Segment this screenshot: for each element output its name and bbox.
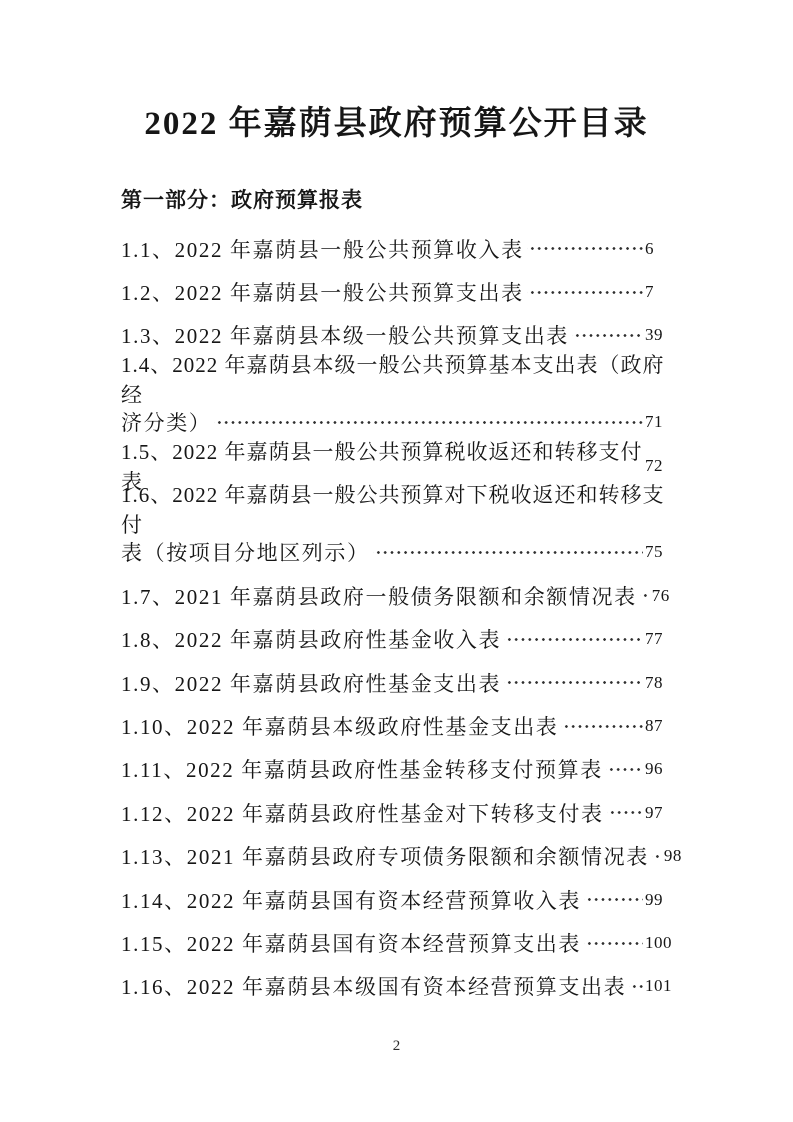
toc-line: 表（按项目分地区列示） 75 <box>121 531 672 574</box>
toc-entry-text: 1.3、2022 年嘉荫县本级一般公共预算支出表 <box>121 320 569 350</box>
toc-page-number: 76 <box>652 586 679 606</box>
footer-page-number: 2 <box>0 1038 793 1055</box>
toc-dot-leader <box>629 965 643 1008</box>
toc-dot-leader <box>584 878 643 921</box>
toc-entry-text: 1.7、2021 年嘉荫县政府一般债务限额和余额情况表 <box>121 581 637 611</box>
toc-page-number: 87 <box>645 716 672 736</box>
toc-dot-leader <box>504 618 643 661</box>
toc-dot-leader <box>584 921 643 964</box>
toc-entry-text: 1.2、2022 年嘉荫县一般公共预算支出表 <box>121 277 524 307</box>
toc-entry-text: 济分类） <box>121 407 211 437</box>
toc-dot-leader <box>606 748 643 791</box>
toc-entry-text: 1.9、2022 年嘉荫县政府性基金支出表 <box>121 668 501 698</box>
toc-page-number: 97 <box>645 803 672 823</box>
toc-page-number: 6 <box>645 239 672 259</box>
toc-dot-leader <box>640 574 650 617</box>
toc-entry-text: 1.1、2022 年嘉荫县一般公共预算收入表 <box>121 234 524 264</box>
toc-list: 1.1、2022 年嘉荫县一般公共预算收入表 6 1.2、2022 年嘉荫县一般… <box>121 227 672 1008</box>
toc-line: 1.11、2022 年嘉荫县政府性基金转移支付预算表 96 <box>121 748 672 791</box>
toc-page-number: 101 <box>645 976 672 996</box>
document-page: 2022 年嘉荫县政府预算公开目录 第一部分：政府预算报表 1.1、2022 年… <box>0 0 793 1122</box>
toc-line: 1.13、2021 年嘉荫县政府专项债务限额和余额情况表 98 <box>121 834 672 877</box>
toc-line: 1.15、2022 年嘉荫县国有资本经营预算支出表 100 <box>121 921 672 964</box>
toc-page-number: 96 <box>645 759 672 779</box>
toc-page-number: 98 <box>664 846 691 866</box>
toc-line: 1.1、2022 年嘉荫县一般公共预算收入表 6 <box>121 227 672 270</box>
toc-page-number: 75 <box>645 542 672 562</box>
section-heading: 第一部分：政府预算报表 <box>121 186 363 216</box>
toc-line: 1.16、2022 年嘉荫县本级国有资本经营预算支出表 101 <box>121 965 672 1008</box>
toc-dot-leader <box>527 270 643 313</box>
toc-entry-text: 1.8、2022 年嘉荫县政府性基金收入表 <box>121 624 501 654</box>
toc-page-number: 72 <box>645 456 672 476</box>
toc-page-number: 7 <box>645 282 672 302</box>
toc-line: 1.8、2022 年嘉荫县政府性基金收入表 77 <box>121 618 672 661</box>
document-title: 2022 年嘉荫县政府预算公开目录 <box>0 98 793 150</box>
toc-line: 1.12、2022 年嘉荫县政府性基金对下转移支付表 97 <box>121 791 672 834</box>
toc-dot-leader <box>652 834 662 877</box>
toc-page-number: 99 <box>645 890 672 910</box>
toc-dot-leader <box>504 661 643 704</box>
toc-entry-text: 1.16、2022 年嘉荫县本级国有资本经营预算支出表 <box>121 971 626 1001</box>
toc-entry-text: 1.12、2022 年嘉荫县政府性基金对下转移支付表 <box>121 798 604 828</box>
toc-entry-text: 1.13、2021 年嘉荫县政府专项债务限额和余额情况表 <box>121 841 649 871</box>
toc-dot-leader <box>607 791 643 834</box>
toc-page-number: 78 <box>645 673 672 693</box>
toc-dot-leader <box>527 227 643 270</box>
toc-page-number: 71 <box>645 412 672 432</box>
toc-page-number: 77 <box>645 629 672 649</box>
toc-line: 1.2、2022 年嘉荫县一般公共预算支出表 7 <box>121 270 672 313</box>
toc-entry-text: 1.15、2022 年嘉荫县国有资本经营预算支出表 <box>121 928 581 958</box>
toc-dot-leader <box>561 704 643 747</box>
toc-page-number: 100 <box>645 933 672 953</box>
toc-line: 1.6、2022 年嘉荫县一般公共预算对下税收返还和转移支付 <box>121 487 672 530</box>
toc-page-number: 39 <box>645 325 672 345</box>
toc-line: 1.14、2022 年嘉荫县国有资本经营预算收入表 99 <box>121 878 672 921</box>
toc-entry-text: 1.10、2022 年嘉荫县本级政府性基金支出表 <box>121 711 558 741</box>
toc-entry-text: 1.14、2022 年嘉荫县国有资本经营预算收入表 <box>121 885 581 915</box>
toc-dot-leader <box>373 531 643 574</box>
toc-line: 1.10、2022 年嘉荫县本级政府性基金支出表 87 <box>121 704 672 747</box>
toc-line: 1.4、2022 年嘉荫县本级一般公共预算基本支出表（政府经 <box>121 357 672 400</box>
toc-line: 1.7、2021 年嘉荫县政府一般债务限额和余额情况表 76 <box>121 574 672 617</box>
toc-entry-text: 1.11、2022 年嘉荫县政府性基金转移支付预算表 <box>121 754 603 784</box>
toc-entry-text: 表（按项目分地区列示） <box>121 537 370 567</box>
toc-line: 1.9、2022 年嘉荫县政府性基金支出表 78 <box>121 661 672 704</box>
